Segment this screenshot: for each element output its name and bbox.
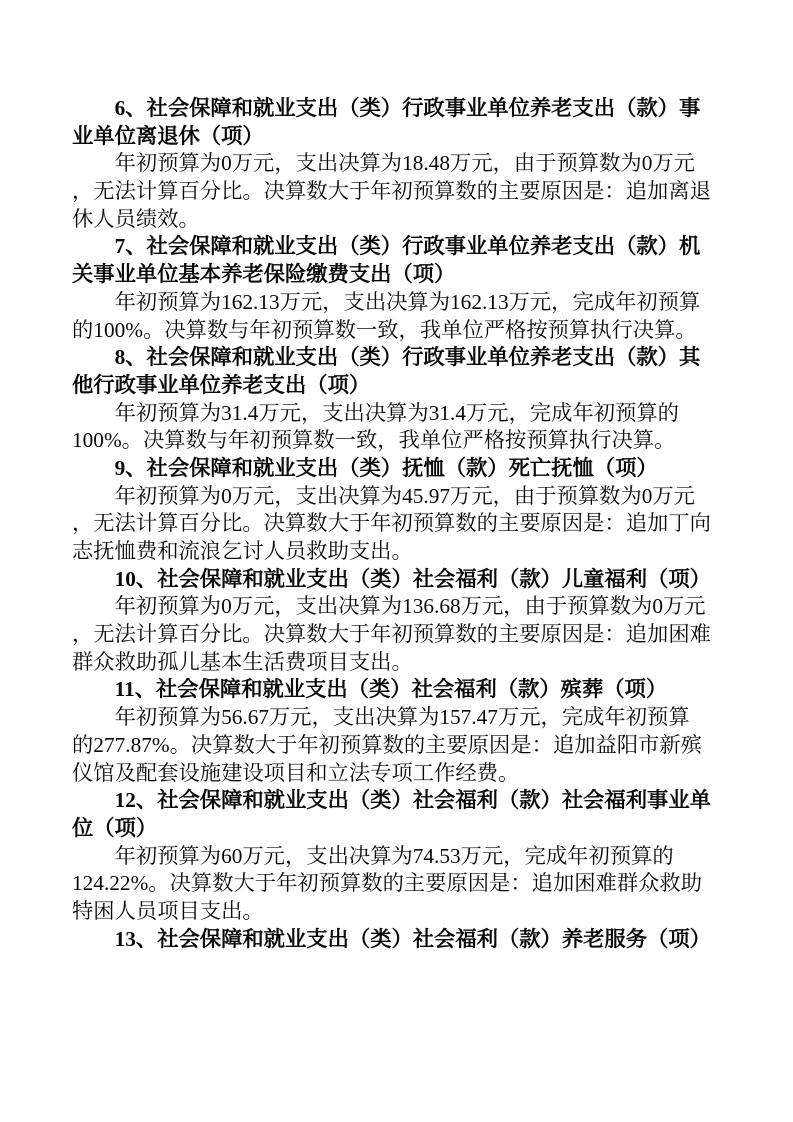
heading-line: 位（项） <box>72 815 722 843</box>
body-line: 的100%。决算数与年初预算数一致，我单位严格按预算执行决算。 <box>72 317 722 345</box>
document-page: 6、社会保障和就业支出（类）行政事业单位养老支出（款）事业单位离退休（项）年初预… <box>0 0 793 1122</box>
body-line: 年初预算为60万元，支出决算为74.53万元，完成年初预算的 <box>72 843 722 871</box>
body-line: 仪馆及配套设施建设项目和立法专项工作经费。 <box>72 760 722 788</box>
body-line: 年初预算为56.67万元，支出决算为157.47万元，完成年初预算 <box>72 704 722 732</box>
heading-line: 11、社会保障和就业支出（类）社会福利（款）殡葬（项） <box>72 676 722 704</box>
budget-item-6: 6、社会保障和就业支出（类）行政事业单位养老支出（款）事业单位离退休（项）年初预… <box>72 95 722 233</box>
budget-item-10: 10、社会保障和就业支出（类）社会福利（款）儿童福利（项）年初预算为0万元，支出… <box>72 566 722 677</box>
heading-line: 关事业单位基本养老保险缴费支出（项） <box>72 261 722 289</box>
body-line: 休人员绩效。 <box>72 206 722 234</box>
section-heading: 8、社会保障和就业支出（类）行政事业单位养老支出（款）其他行政事业单位养老支出（… <box>72 344 722 399</box>
body-line: ，无法计算百分比。决算数大于年初预算数的主要原因是：追加困难 <box>72 621 722 649</box>
section-body: 年初预算为162.13万元，支出决算为162.13万元，完成年初预算的100%。… <box>72 289 722 344</box>
heading-line: 10、社会保障和就业支出（类）社会福利（款）儿童福利（项） <box>72 566 722 594</box>
section-heading: 12、社会保障和就业支出（类）社会福利（款）社会福利事业单位（项） <box>72 787 722 842</box>
heading-line: 业单位离退休（项） <box>72 123 722 151</box>
body-line: 100%。决算数与年初预算数一致，我单位严格按预算执行决算。 <box>72 427 722 455</box>
body-line: ，无法计算百分比。决算数大于年初预算数的主要原因是：追加离退 <box>72 178 722 206</box>
budget-item-7: 7、社会保障和就业支出（类）行政事业单位养老支出（款）机关事业单位基本养老保险缴… <box>72 233 722 344</box>
body-line: ，无法计算百分比。决算数大于年初预算数的主要原因是：追加丁向 <box>72 510 722 538</box>
section-heading: 9、社会保障和就业支出（类）抚恤（款）死亡抚恤（项） <box>72 455 722 483</box>
heading-line: 8、社会保障和就业支出（类）行政事业单位养老支出（款）其 <box>72 344 722 372</box>
budget-item-13: 13、社会保障和就业支出（类）社会福利（款）养老服务（项） <box>72 926 722 954</box>
body-line: 特困人员项目支出。 <box>72 898 722 926</box>
section-heading: 10、社会保障和就业支出（类）社会福利（款）儿童福利（项） <box>72 566 722 594</box>
section-heading: 7、社会保障和就业支出（类）行政事业单位养老支出（款）机关事业单位基本养老保险缴… <box>72 233 722 288</box>
body-line: 年初预算为31.4万元，支出决算为31.4万元，完成年初预算的 <box>72 400 722 428</box>
budget-item-9: 9、社会保障和就业支出（类）抚恤（款）死亡抚恤（项）年初预算为0万元，支出决算为… <box>72 455 722 566</box>
heading-line: 12、社会保障和就业支出（类）社会福利（款）社会福利事业单 <box>72 787 722 815</box>
document-content: 6、社会保障和就业支出（类）行政事业单位养老支出（款）事业单位离退休（项）年初预… <box>72 95 722 953</box>
heading-line: 9、社会保障和就业支出（类）抚恤（款）死亡抚恤（项） <box>72 455 722 483</box>
section-body: 年初预算为31.4万元，支出决算为31.4万元，完成年初预算的100%。决算数与… <box>72 400 722 455</box>
heading-line: 13、社会保障和就业支出（类）社会福利（款）养老服务（项） <box>72 926 722 954</box>
section-heading: 11、社会保障和就业支出（类）社会福利（款）殡葬（项） <box>72 676 722 704</box>
body-line: 年初预算为0万元，支出决算为136.68万元，由于预算数为0万元 <box>72 593 722 621</box>
budget-item-12: 12、社会保障和就业支出（类）社会福利（款）社会福利事业单位（项）年初预算为60… <box>72 787 722 925</box>
body-line: 年初预算为0万元，支出决算为45.97万元，由于预算数为0万元 <box>72 483 722 511</box>
body-line: 志抚恤费和流浪乞讨人员救助支出。 <box>72 538 722 566</box>
section-body: 年初预算为0万元，支出决算为45.97万元，由于预算数为0万元，无法计算百分比。… <box>72 483 722 566</box>
section-heading: 6、社会保障和就业支出（类）行政事业单位养老支出（款）事业单位离退休（项） <box>72 95 722 150</box>
body-line: 群众救助孤儿基本生活费项目支出。 <box>72 649 722 677</box>
section-body: 年初预算为0万元，支出决算为18.48万元，由于预算数为0万元，无法计算百分比。… <box>72 150 722 233</box>
heading-line: 他行政事业单位养老支出（项） <box>72 372 722 400</box>
heading-line: 7、社会保障和就业支出（类）行政事业单位养老支出（款）机 <box>72 233 722 261</box>
section-heading: 13、社会保障和就业支出（类）社会福利（款）养老服务（项） <box>72 926 722 954</box>
body-line: 年初预算为0万元，支出决算为18.48万元，由于预算数为0万元 <box>72 150 722 178</box>
budget-item-8: 8、社会保障和就业支出（类）行政事业单位养老支出（款）其他行政事业单位养老支出（… <box>72 344 722 455</box>
budget-item-11: 11、社会保障和就业支出（类）社会福利（款）殡葬（项）年初预算为56.67万元，… <box>72 676 722 787</box>
section-body: 年初预算为0万元，支出决算为136.68万元，由于预算数为0万元，无法计算百分比… <box>72 593 722 676</box>
body-line: 年初预算为162.13万元，支出决算为162.13万元，完成年初预算 <box>72 289 722 317</box>
section-body: 年初预算为60万元，支出决算为74.53万元，完成年初预算的124.22%。决算… <box>72 843 722 926</box>
heading-line: 6、社会保障和就业支出（类）行政事业单位养老支出（款）事 <box>72 95 722 123</box>
body-line: 124.22%。决算数大于年初预算数的主要原因是：追加困难群众救助 <box>72 870 722 898</box>
body-line: 的277.87%。决算数大于年初预算数的主要原因是：追加益阳市新殡 <box>72 732 722 760</box>
section-body: 年初预算为56.67万元，支出决算为157.47万元，完成年初预算的277.87… <box>72 704 722 787</box>
